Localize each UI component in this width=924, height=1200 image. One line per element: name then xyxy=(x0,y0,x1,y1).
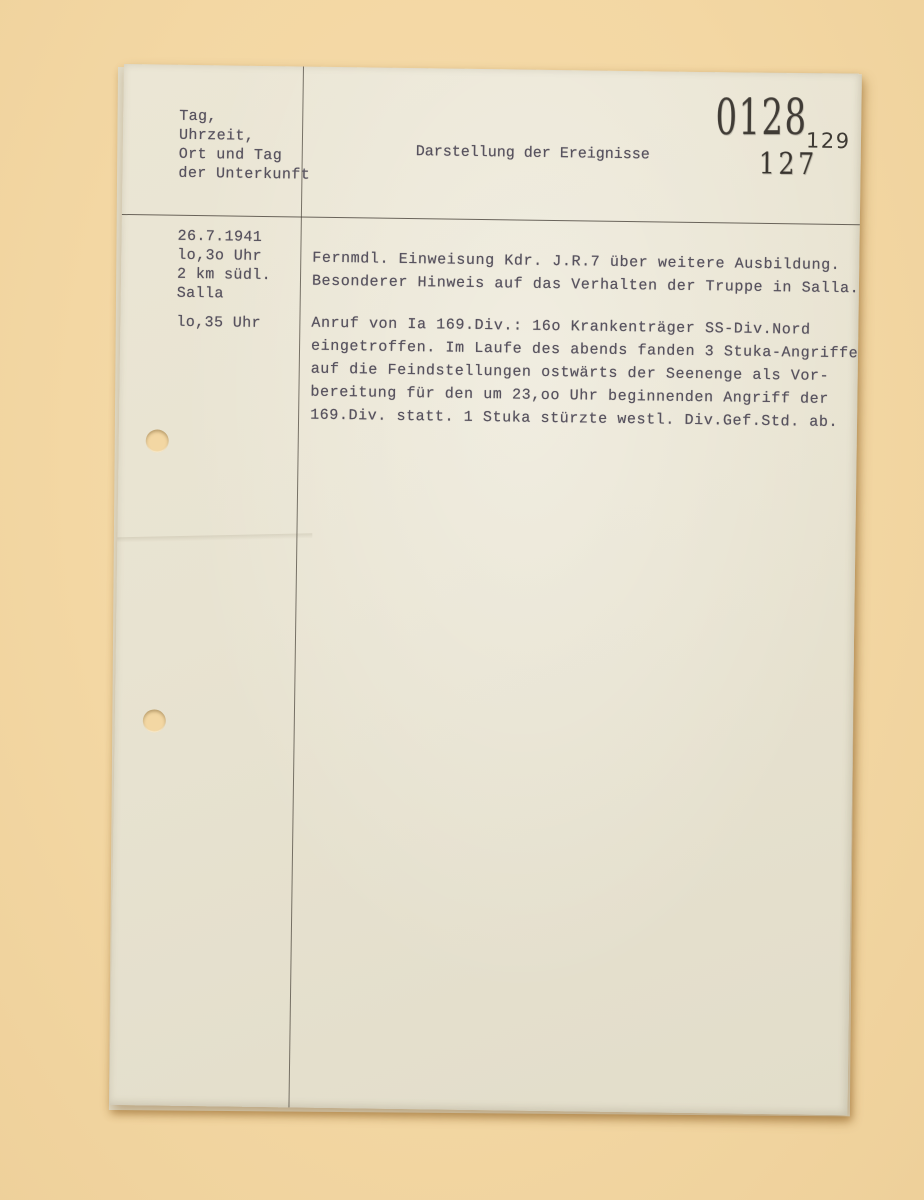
column-header-line: Tag, xyxy=(179,107,311,128)
entry-time-place-line: Salla xyxy=(177,284,271,304)
column-header-line: Uhrzeit, xyxy=(179,126,311,147)
entry-1-event-text: Fernmdl. Einweisung Kdr. J.R.7 über weit… xyxy=(312,247,860,301)
paper-crease xyxy=(117,533,312,544)
events-column-header: Darstellung der Ereignisse xyxy=(416,142,650,164)
column-divider-line xyxy=(288,66,304,1107)
column-header-line: der Unterkunft xyxy=(178,164,310,185)
entry-time-place-line: lo,3o Uhr xyxy=(177,246,271,266)
time-place-column-header: Tag, Uhrzeit, Ort und Tag der Unterkunft xyxy=(178,107,311,185)
war-diary-page: Tag, Uhrzeit, Ort und Tag der Unterkunft… xyxy=(109,64,861,1115)
column-header-line: Ort und Tag xyxy=(179,145,311,166)
scan-background: Tag, Uhrzeit, Ort und Tag der Unterkunft… xyxy=(0,0,924,1200)
entry-time-place-line: 26.7.1941 xyxy=(177,227,271,247)
header-divider-line xyxy=(122,214,860,225)
hole-punch-bottom xyxy=(143,709,166,732)
entry-1-time-place: 26.7.1941 lo,3o Uhr 2 km südl. Salla xyxy=(177,227,272,304)
page-number-stamp: 0128 xyxy=(715,92,807,142)
entry-time-place-line: lo,35 Uhr xyxy=(176,313,261,333)
hole-punch-top xyxy=(146,429,169,452)
secondary-page-number-stamp: 127 xyxy=(759,150,818,180)
entry-2-event-text: Anruf von Ia 169.Div.: 16o Krankenträger… xyxy=(310,312,859,435)
entry-2-time-place: lo,35 Uhr xyxy=(176,313,261,333)
entry-time-place-line: 2 km südl. xyxy=(177,265,271,285)
